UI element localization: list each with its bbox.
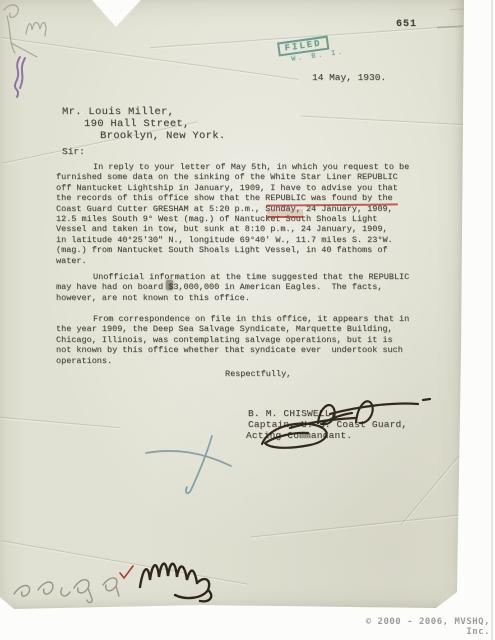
tear-flap-print-marks (106, 2, 132, 21)
closing: Respectfully, (225, 369, 291, 379)
text-line: water. (56, 256, 409, 266)
text-line: Chicago, Illinois, was contemplating sal… (56, 335, 409, 345)
text-line: From correspondence on file in this offi… (56, 314, 409, 324)
text-line: the year 1909, the Deep Sea Salvage Synd… (56, 324, 409, 334)
scanned-letter-page: 651 FILED W. B. I. 14 May, 1930. Mr. Lou… (0, 0, 495, 640)
letter-paragraph: From correspondence on file in this offi… (56, 314, 409, 366)
filed-stamp: FILED W. B. I. (276, 30, 345, 66)
pencil-dash-mark (437, 26, 463, 29)
signature-block: B. M. CHISWELL,Captain, U. S. Coast Guar… (248, 408, 407, 441)
text-line: Vessel and taken in tow, but sunk at 8:1… (56, 224, 409, 234)
page-edge-line (450, 7, 492, 10)
overstruck-dollar-sign (166, 280, 173, 290)
salutation: Sir: (62, 146, 85, 157)
copyright-notice: © 2000 - 2006, MVSHQ, Inc. (340, 617, 490, 637)
torn-corner-flap (100, 1, 140, 26)
text-line: Captain, U. S. Coast Guard, (248, 419, 407, 430)
paper-crease (2, 540, 248, 584)
text-line: Unofficial information at the time sugge… (56, 272, 409, 282)
text-line: In reply to your letter of May 5th, in w… (56, 162, 409, 172)
recipient-address: Mr. Louis Miller,190 Hall Street,Brookly… (62, 106, 225, 142)
text-line: not known by this office whether that sy… (56, 345, 409, 355)
text-line: 12.5 miles South 9° West (mag.) of Nantu… (56, 214, 409, 224)
text-line: B. M. CHISWELL, (248, 408, 407, 419)
text-line: Mr. Louis Miller, (62, 106, 225, 118)
file-number: 651 (396, 19, 417, 30)
letter-paragraph: Unofficial information at the time sugge… (56, 272, 409, 303)
letter-date: 14 May, 1930. (312, 72, 386, 83)
text-line: Brooklyn, New York. (100, 130, 225, 142)
letter-paragraph: In reply to your letter of May 5th, in w… (56, 162, 409, 266)
paper-crease (251, 514, 470, 538)
red-underline (267, 216, 303, 218)
text-line: the records of this office show that the… (56, 193, 409, 203)
scan-edge-sliver (491, 0, 493, 640)
paper-crease (1, 37, 298, 80)
text-line: operations. (56, 356, 409, 366)
paper-crease (300, 116, 470, 126)
text-line: 190 Hall Street, (84, 118, 225, 130)
letter-paper: 651 FILED W. B. I. 14 May, 1930. Mr. Lou… (0, 0, 464, 612)
text-line: may have had on board $3,000,000 in Amer… (56, 282, 409, 292)
paper-crease (0, 417, 120, 428)
text-line: Acting Commandant. (246, 430, 407, 441)
text-line: however, are not known to this office. (56, 293, 409, 303)
text-line: (mag.) from Nantucket South Shoals Light… (56, 245, 409, 255)
text-line: off Nantucket Lightship in January, 1909… (56, 183, 409, 193)
text-line: in latitude 40°25'30" N., longitude 69°4… (56, 235, 409, 245)
text-line: furnished some data on the sinking of th… (56, 172, 409, 182)
